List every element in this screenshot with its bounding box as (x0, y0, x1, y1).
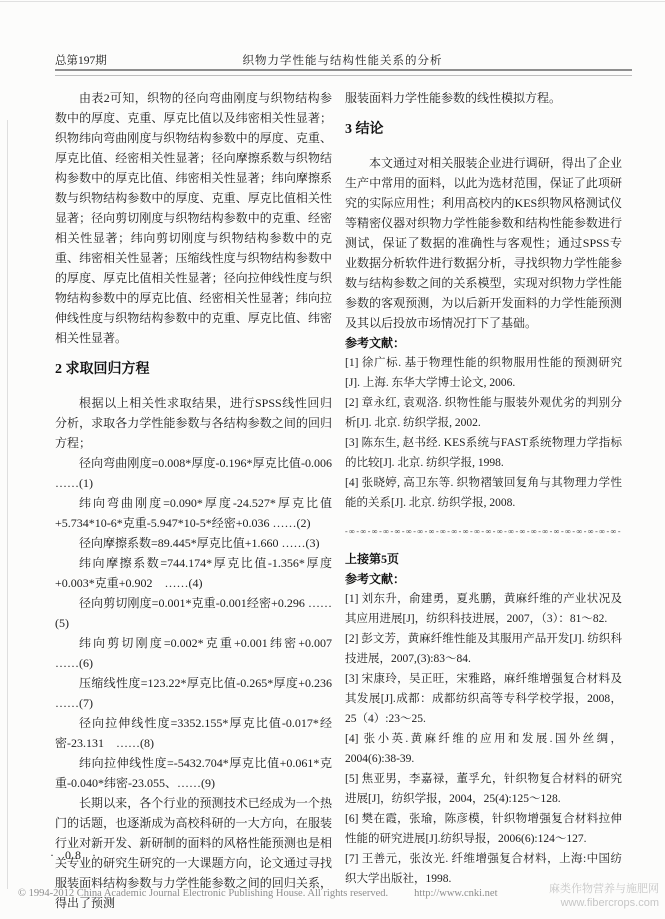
reference-item: [6] 樊在霞，张瑜，陈彦模，针织物增强复合材料拉伸性能的研究进展[J].纺织导… (345, 809, 622, 849)
page-number: · 08 · (50, 848, 100, 863)
footer-copyright: © 1994-2012 China Academic Journal Elect… (18, 888, 388, 899)
reference-item: [5] 焦亚男，李嘉禄，董孚允，针织物复合材料的研究进展[J]，纺织学报，200… (345, 769, 622, 809)
equation-2: 纬向弯曲刚度=0.090*厚度-24.527*厚克比值+5.734*10-6*克… (55, 493, 332, 533)
section-heading-2: 2 求取回归方程 (55, 361, 332, 379)
running-title: 织物力学性能与结构性能关系的分析 (185, 52, 500, 68)
section-divider: -∞-∞-∞-∞-∞-∞-∞-∞-∞-∞-∞-∞-∞-∞-∞-∞-∞-∞-∞-∞… (345, 522, 622, 542)
equation-6: 纬向剪切刚度=0.002*克重+0.001纬密+0.007 ……(6) (55, 633, 332, 673)
continuation-paragraph: 服装面料力学性能参数的线性模拟方程。 (345, 88, 622, 108)
reference-item: [3] 陈东生, 赵书经. KES系统与FAST系统物理力学指标的比较[J]. … (345, 433, 622, 473)
equation-5: 径向剪切刚度=0.001*克重-0.001经密+0.296 ……(5) (55, 593, 332, 633)
header-double-rule (55, 69, 632, 76)
reference-item: [1] 刘东升，俞建勇，夏兆鹏，黄麻纤维的产业状况及其应用进展[J]，纺织科技进… (345, 589, 622, 629)
scan-artifact-left-line (7, 120, 8, 889)
watermark-site-url: www.fibercrops.com (549, 896, 659, 910)
paragraph: 由表2可知，织物的径向弯曲刚度与织物结构参数中的厚度、克重、厚克比值以及纬密相关… (55, 88, 332, 348)
equation-7: 压缩线性度=123.22*厚克比值-0.265*厚度+0.236 ……(7) (55, 673, 332, 713)
continued-from-note: 上接第5页 (345, 549, 622, 569)
section-heading-3: 3 结论 (345, 121, 622, 139)
two-column-body: 由表2可知，织物的径向弯曲刚度与织物结构参数中的厚度、克重、厚克比值以及纬密相关… (55, 88, 622, 913)
paragraph: 根据以上相关性求取结果，进行SPSS线性回归分析，求取各力学性能参数与各结构参数… (55, 393, 332, 453)
reference-item: [2] 章永红, 袁观洛. 织物性能与服装外观优劣的判别分析[J]. 北京. 纺… (345, 393, 622, 433)
page-header: 总第197期 织物力学性能与结构性能关系的分析 (55, 52, 630, 68)
reference-item: [2] 彭文芳，黄麻纤维性能及其服用产品开发[J]. 纺织科技进展，2007,(… (345, 629, 622, 669)
conclusion-paragraph: 本文通过对相关服装企业进行调研，得出了企业生产中常用的面料，以此为选材范围，保证… (345, 153, 622, 333)
reference-item: [3] 宋康玲，吴正旺，宋雅路，麻纤维增强复合材料及其发展[J].成都：成都纺织… (345, 669, 622, 729)
watermark: 麻类作物营养与施肥网 www.fibercrops.com (549, 882, 659, 910)
equation-3: 径向摩擦系数=89.445*厚克比值+1.660 ……(3) (55, 533, 332, 553)
reference-item: [4] 张小英.黄麻纤维的应用和发展.国外丝绸，2004(6):38-39. (345, 729, 622, 769)
journal-issue: 总第197期 (55, 52, 185, 68)
watermark-site-name: 麻类作物营养与施肥网 (549, 882, 659, 896)
scanned-paper-page: 总第197期 织物力学性能与结构性能关系的分析 由表2可知，织物的径向弯曲刚度与… (0, 0, 665, 919)
left-column: 由表2可知，织物的径向弯曲刚度与织物结构参数中的厚度、克重、厚克比值以及纬密相关… (55, 88, 332, 913)
footer-url: http://www.cnki.net (414, 888, 497, 899)
scan-artifact-top-line (0, 1, 665, 2)
reference-item: [4] 张晓婷, 高卫东等. 织物褶皱回复角与其物理力学性能的关系[J]. 北京… (345, 473, 622, 513)
equation-4: 纬向摩擦系数=744.174*厚克比值-1.356*厚度+0.003*克重+0.… (55, 553, 332, 593)
references-label: 参考文献： (345, 333, 622, 353)
references2-label: 参考文献： (345, 569, 622, 589)
reference-item: [1] 徐广标. 基于物理性能的织物服用性能的预测研究[J]. 上海. 东华大学… (345, 353, 622, 393)
right-column: 服装面料力学性能参数的线性模拟方程。 3 结论 本文通过对相关服装企业进行调研，… (345, 88, 622, 913)
equation-1: 径向弯曲刚度=0.008*厚度-0.196*厚克比值-0.006 ……(1) (55, 453, 332, 493)
equation-9: 纬向拉伸线性度=-5432.704*厚克比值+0.061*克重-0.040*纬密… (55, 753, 332, 793)
equation-8: 径向拉伸线性度=3352.155*厚克比值-0.017*经密-23.131 ……… (55, 713, 332, 753)
